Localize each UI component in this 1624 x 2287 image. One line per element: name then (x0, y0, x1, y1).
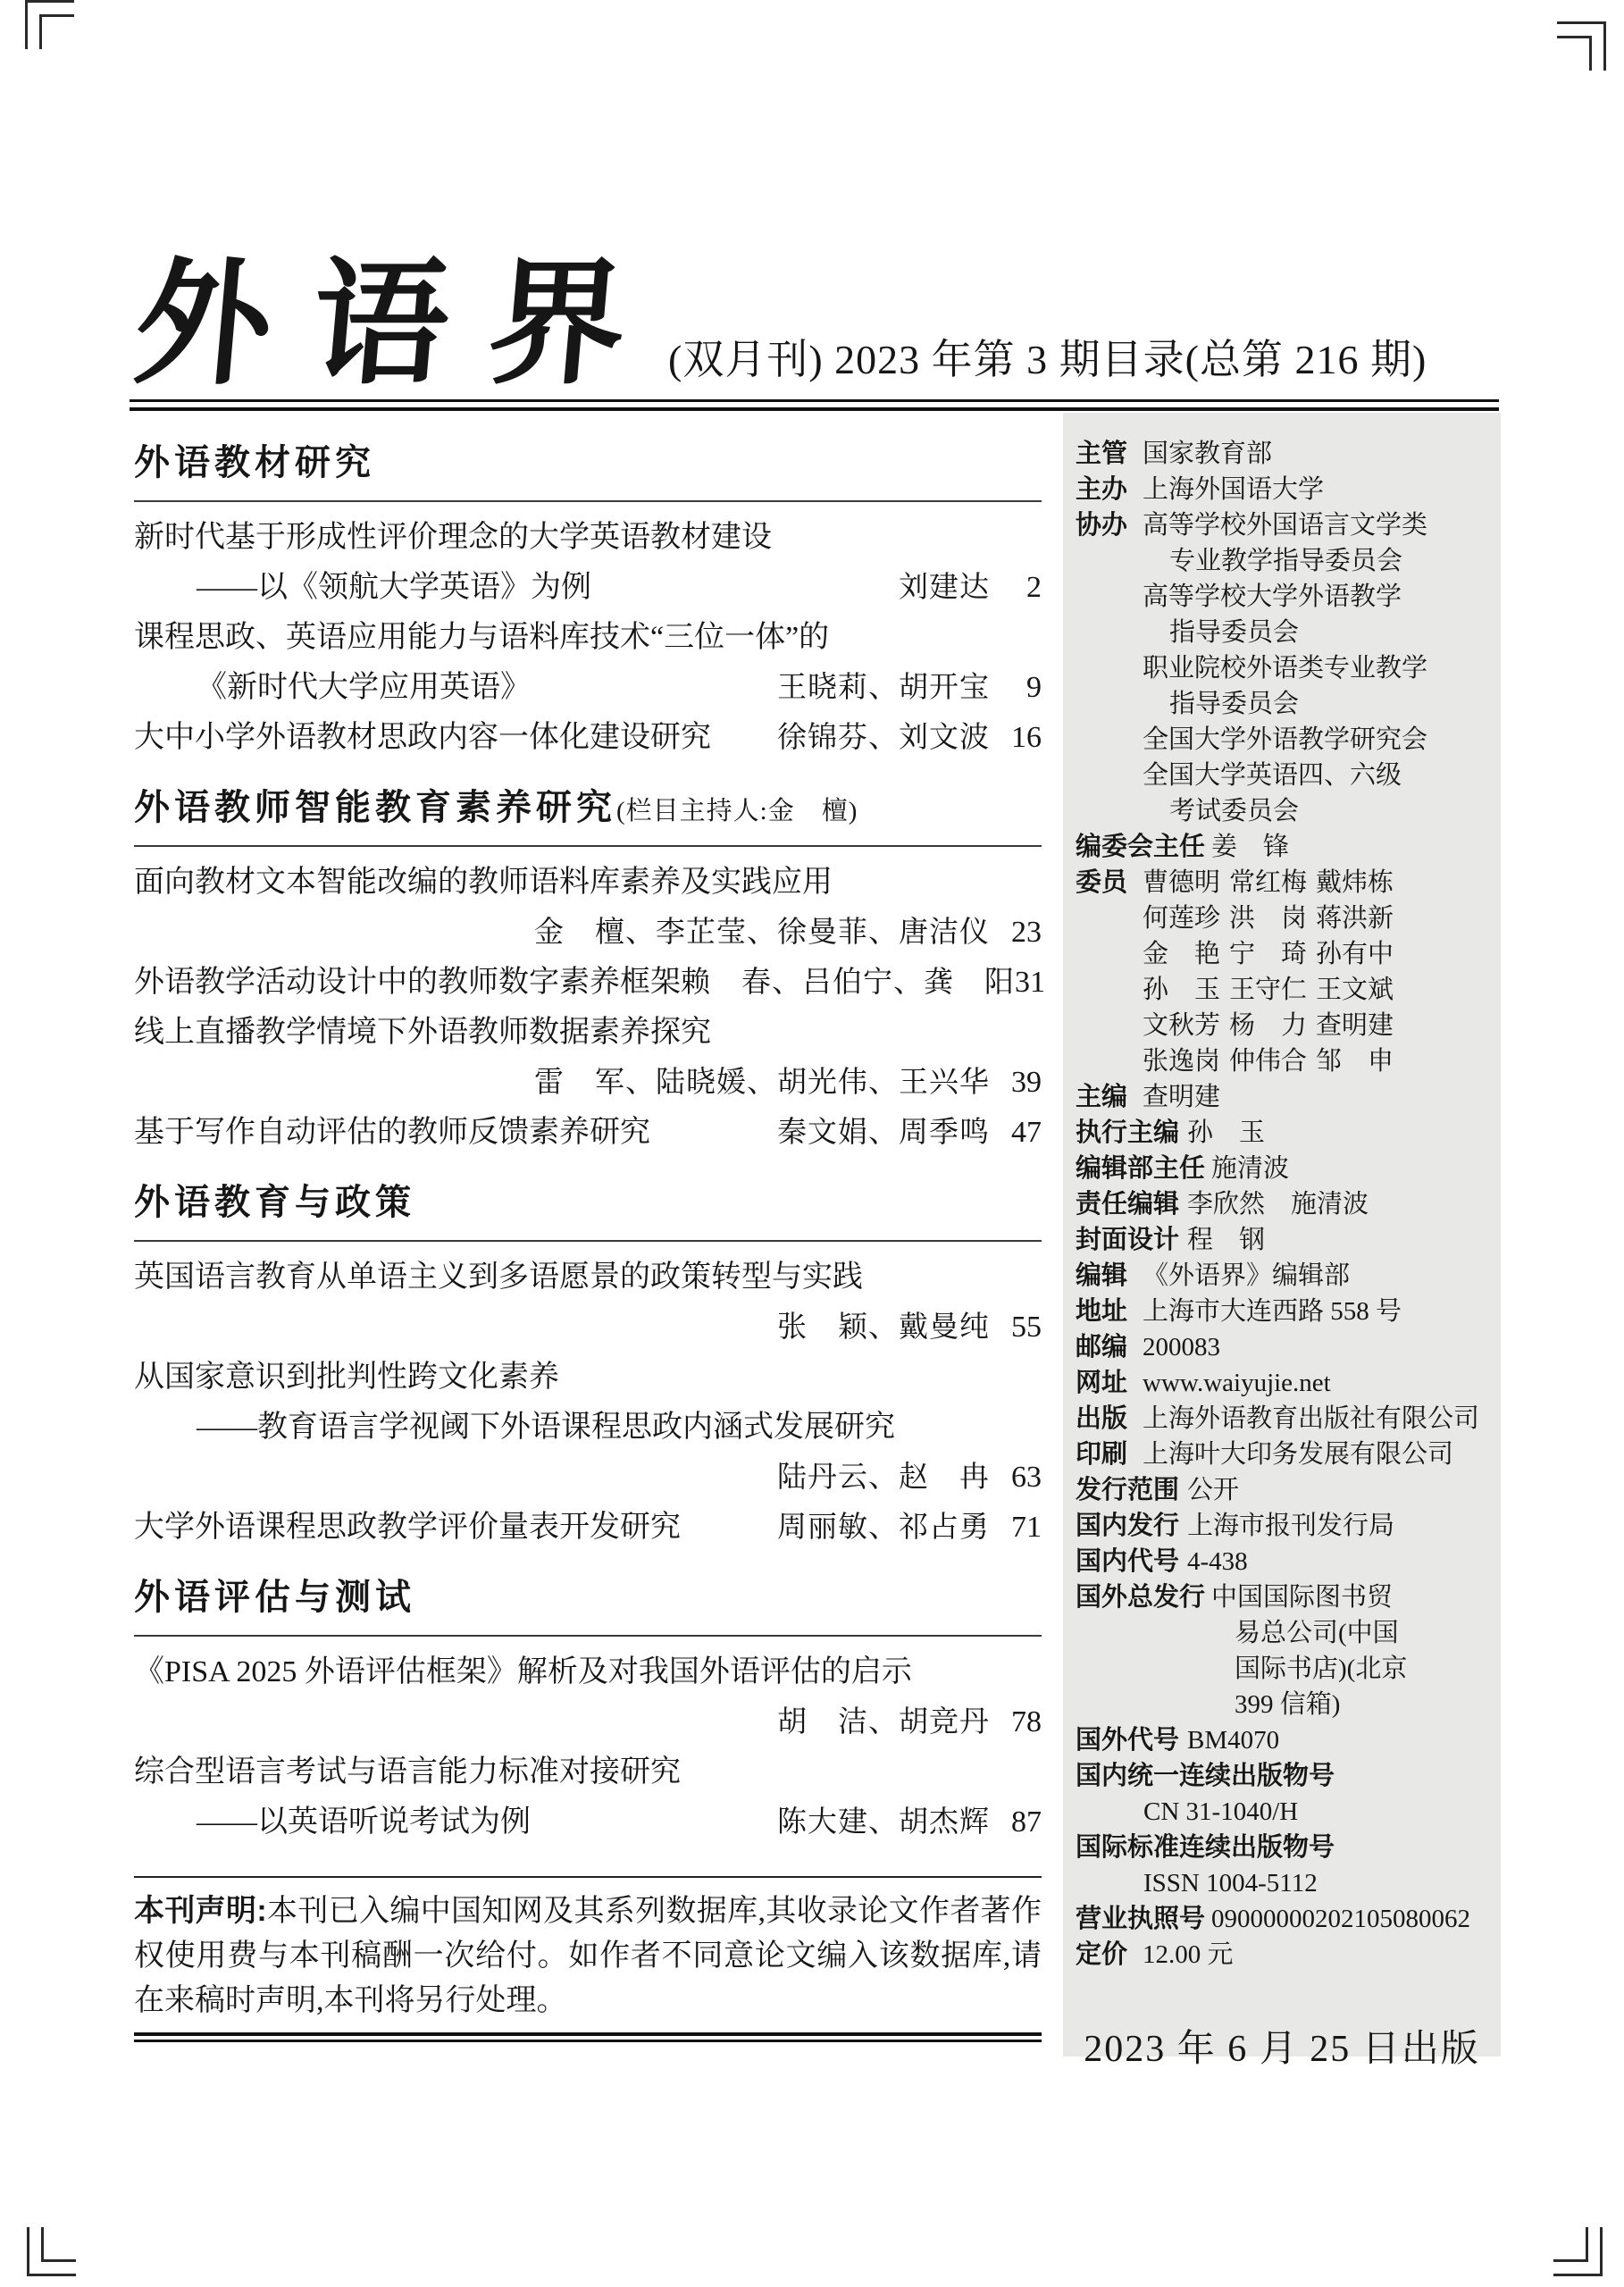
info-value: 高等学校外国语言文学类 (1143, 507, 1427, 543)
article-title: 外语教学活动设计中的教师数字素养框架 (134, 958, 681, 1008)
article-authors: 王晓莉、胡开宝 (777, 663, 990, 713)
info-label: 国外总发行 (1076, 1579, 1211, 1615)
member-row: 张逸岗仲伟合邹 申 (1143, 1043, 1394, 1079)
article-authors: 徐锦芬、刘文波 (777, 713, 990, 763)
info-row-editorial-office-director: 编辑部主任施清波 (1076, 1151, 1488, 1186)
info-row-issn-number: 国际标准连续出版物号 ISSN 1004-5112 (1076, 1830, 1488, 1901)
info-row-domestic-distribution: 国内发行上海市报刊发行局 (1076, 1508, 1488, 1544)
article-row: 金 檀、李芷莹、徐曼菲、唐洁仪23 (134, 908, 1042, 958)
article-page-number: 47 (990, 1108, 1042, 1158)
section-title-text: 外语评估与测试 (134, 1578, 415, 1617)
info-value: 09000000202105080062 (1211, 1901, 1470, 1937)
article-row: ——以英语听说考试为例陈大建、胡杰辉87 (134, 1797, 1042, 1847)
info-row-supervisor: 主管国家教育部 (1076, 436, 1488, 472)
section-title-text: 外语教育与政策 (134, 1183, 415, 1222)
info-value: 国际书店)(北京 (1211, 1651, 1407, 1687)
crop-mark-bottom-left (27, 2224, 79, 2276)
article-authors: 赖 春、吕伯宁、龚 阳 (681, 958, 1015, 1008)
member-name: 文秋芳 (1143, 1008, 1221, 1043)
info-label: 定价 (1076, 1937, 1143, 1973)
info-label: 国内代号 (1076, 1544, 1187, 1579)
member-name: 仲伟合 (1229, 1043, 1308, 1079)
article-page-number: 31 (1015, 958, 1045, 1008)
publish-date: 2023 年 6 月 25 日出版 (1076, 2019, 1488, 2073)
info-value: 考试委员会 (1143, 793, 1427, 829)
article-title: 基于写作自动评估的教师反馈素养研究 (134, 1108, 777, 1158)
section-note: (栏目主持人:金 檀) (616, 797, 858, 825)
info-label: 网址 (1076, 1365, 1143, 1401)
info-value: 上海叶大印务发展有限公司 (1143, 1437, 1453, 1472)
section-teacher-ai-literacy: 外语教师智能教育素养研究(栏目主持人:金 檀) 面向教材文本智能改编的教师语料库… (134, 786, 1042, 1158)
article-page-number: 55 (990, 1303, 1042, 1353)
article-row: 线上直播教学情境下外语教师数据素养探究 (134, 1008, 1042, 1058)
info-value: 中国国际图书贸 (1211, 1579, 1407, 1615)
article-row: 大中小学外语教材思政内容一体化建设研究徐锦芬、刘文波16 (134, 713, 1042, 763)
article-row: 雷 军、陆晓媛、胡光伟、王兴华39 (134, 1058, 1042, 1108)
info-label: 责任编辑 (1076, 1186, 1187, 1222)
info-label: 国外代号 (1076, 1722, 1187, 1758)
article-page-number: 71 (990, 1503, 1042, 1553)
section-title: 外语教师智能教育素养研究(栏目主持人:金 檀) (134, 786, 1042, 833)
article-title: 新时代基于形成性评价理念的大学英语教材建设 (134, 513, 990, 563)
info-row-business-license: 营业执照号09000000202105080062 (1076, 1901, 1488, 1937)
member-name: 金 艳 (1143, 936, 1221, 972)
article-row: ——以《领航大学英语》为例刘建达2 (134, 563, 1042, 613)
toc-column: 外语教材研究 新时代基于形成性评价理念的大学英语教材建设 ——以《领航大学英语》… (134, 427, 1042, 2042)
member-row: 金 艳宁 琦孙有中 (1143, 936, 1394, 972)
overseas-distributor-lines: 中国国际图书贸 易总公司(中国 国际书店)(北京 399 信箱) (1211, 1579, 1407, 1722)
info-label: 委员 (1076, 865, 1143, 901)
section-title-text: 外语教师智能教育素养研究 (134, 788, 616, 827)
info-row-cover-design: 封面设计程 钢 (1076, 1222, 1488, 1258)
info-row-distribution-scope: 发行范围公开 (1076, 1472, 1488, 1508)
member-name: 洪 岗 (1229, 901, 1308, 936)
section-assessment-testing: 外语评估与测试 《PISA 2025 外语评估框架》解析及对我国外语评估的启示 … (134, 1576, 1042, 1847)
info-value: 国家教育部 (1143, 436, 1272, 472)
article-page-number: 23 (990, 908, 1042, 958)
article-authors: 雷 军、陆晓媛、胡光伟、王兴华 (534, 1058, 990, 1108)
info-value: 易总公司(中国 (1211, 1615, 1407, 1651)
info-label: 主办 (1076, 472, 1143, 507)
info-row-co-organizers: 协办 高等学校外国语言文学类 专业教学指导委员会 高等学校大学外语教学 指导委员… (1076, 507, 1488, 829)
info-row-overseas-code: 国外代号BM4070 (1076, 1722, 1488, 1758)
info-label: 编委会主任 (1076, 829, 1211, 865)
article-row: 新时代基于形成性评价理念的大学英语教材建设 (134, 513, 1042, 563)
article-page-number: 78 (990, 1697, 1042, 1747)
article-authors: 秦文娟、周季鸣 (777, 1108, 990, 1158)
article-row: 《PISA 2025 外语评估框架》解析及对我国外语评估的启示 (134, 1647, 1042, 1697)
member-row: 孙 玉王守仁王文斌 (1143, 972, 1394, 1008)
info-row-publisher: 出版上海外语教育出版社有限公司 (1076, 1401, 1488, 1437)
info-label: 营业执照号 (1076, 1901, 1211, 1937)
cn-number: CN 31-1040/H (1076, 1794, 1488, 1830)
info-row-postcode: 邮编200083 (1076, 1329, 1488, 1365)
journal-notice: 本刊声明:本刊已入编中国知网及其系列数据库,其收录论文作者著作权使用费与本刊稿酬… (134, 1889, 1042, 2023)
member-name: 王守仁 (1229, 972, 1308, 1008)
section-title: 外语教材研究 (134, 441, 1042, 488)
article-title: ——以《领航大学英语》为例 (134, 563, 899, 613)
article-page-number: 39 (990, 1058, 1042, 1108)
info-label: 编辑部主任 (1076, 1151, 1211, 1186)
info-label: 执行主编 (1076, 1115, 1187, 1151)
info-label: 地址 (1076, 1294, 1143, 1329)
info-row-editor: 编辑《外语界》编辑部 (1076, 1258, 1488, 1294)
info-row-price: 定价12.00 元 (1076, 1937, 1488, 1973)
article-row: 基于写作自动评估的教师反馈素养研究秦文娟、周季鸣47 (134, 1108, 1042, 1158)
info-value: 上海市报刊发行局 (1187, 1508, 1394, 1544)
info-label: 印刷 (1076, 1437, 1143, 1472)
member-row: 曹德明常红梅戴炜栋 (1143, 865, 1394, 901)
member-name: 邹 申 (1316, 1043, 1394, 1079)
info-value: 公开 (1187, 1472, 1239, 1508)
info-value: 4-438 (1187, 1544, 1248, 1579)
crop-mark-bottom-right (1551, 2224, 1603, 2276)
info-value: 指导委员会 (1143, 615, 1427, 650)
member-name: 杨 力 (1229, 1008, 1308, 1043)
info-label: 国内发行 (1076, 1508, 1187, 1544)
article-authors: 胡 洁、胡竞丹 (777, 1697, 990, 1747)
article-authors: 刘建达 (899, 563, 990, 613)
info-label: 邮编 (1076, 1329, 1143, 1365)
article-title: ——教育语言学视阈下外语课程思政内涵式发展研究 (134, 1403, 990, 1453)
member-row: 文秋芳杨 力查明建 (1143, 1008, 1394, 1043)
article-title: 面向教材文本智能改编的教师语料库素养及实践应用 (134, 858, 990, 908)
info-panel: 主管国家教育部 主办上海外国语大学 协办 高等学校外国语言文学类 专业教学指导委… (1063, 413, 1501, 2057)
info-row-website: 网址www.waiyujie.net (1076, 1365, 1488, 1401)
info-value: BM4070 (1187, 1722, 1279, 1758)
info-label: 编辑 (1076, 1258, 1143, 1294)
article-page-number: 63 (990, 1453, 1042, 1503)
article-title: 大中小学外语教材思政内容一体化建设研究 (134, 713, 777, 763)
member-name: 张逸岗 (1143, 1043, 1221, 1079)
info-row-chief-editor: 主编查明建 (1076, 1079, 1488, 1115)
info-value: 职业院校外语类专业教学 (1143, 650, 1427, 686)
article-page-number: 16 (990, 713, 1042, 763)
article-title: 《PISA 2025 外语评估框架》解析及对我国外语评估的启示 (134, 1647, 990, 1697)
bottom-rule (134, 2032, 1042, 2042)
member-name: 孙有中 (1316, 936, 1394, 972)
article-title: 大学外语课程思政教学评价量表开发研究 (134, 1503, 777, 1553)
member-name: 戴炜栋 (1316, 865, 1394, 901)
masthead: 外语界 (双月刊) 2023 年第 3 期目录(总第 216 期) (136, 256, 1497, 391)
member-name: 曹德明 (1143, 865, 1221, 901)
section-teaching-materials: 外语教材研究 新时代基于形成性评价理念的大学英语教材建设 ——以《领航大学英语》… (134, 441, 1042, 763)
article-page-number: 2 (990, 563, 1042, 613)
article-authors: 陈大建、胡杰辉 (777, 1797, 990, 1847)
notice-text: 本刊已入编中国知网及其系列数据库,其收录论文作者著作权使用费与本刊稿酬一次给付。… (134, 1895, 1042, 2017)
member-name: 蒋洪新 (1316, 901, 1394, 936)
info-label: 主编 (1076, 1079, 1143, 1115)
notice-rule (134, 1876, 1042, 1878)
info-value: 12.00 元 (1143, 1937, 1234, 1973)
info-label: 国内统一连续出版物号 (1076, 1758, 1488, 1794)
article-authors: 张 颖、戴曼纯 (777, 1303, 990, 1353)
article-row: 课程思政、英语应用能力与语料库技术“三位一体”的 (134, 613, 1042, 663)
article-authors: 周丽敏、祁占勇 (777, 1503, 990, 1553)
info-row-address: 地址上海市大连西路 558 号 (1076, 1294, 1488, 1329)
info-value: 专业教学指导委员会 (1143, 543, 1427, 579)
info-row-printer: 印刷上海叶大印务发展有限公司 (1076, 1437, 1488, 1472)
member-name: 王文斌 (1316, 972, 1394, 1008)
member-name: 何莲珍 (1143, 901, 1221, 936)
info-label: 国际标准连续出版物号 (1076, 1830, 1488, 1865)
notice-label: 本刊声明: (134, 1894, 267, 1928)
member-row: 何莲珍洪 岗蒋洪新 (1143, 901, 1394, 936)
article-title: 《新时代大学应用英语》 (134, 663, 777, 713)
member-name: 查明建 (1316, 1008, 1394, 1043)
article-row: 张 颖、戴曼纯55 (134, 1303, 1042, 1353)
info-value: 200083 (1143, 1329, 1220, 1365)
section-title: 外语评估与测试 (134, 1576, 1042, 1622)
section-title-text: 外语教材研究 (134, 443, 375, 482)
info-value: 全国大学英语四、六级 (1143, 758, 1427, 793)
info-value: 全国大学外语教学研究会 (1143, 722, 1427, 758)
article-title: ——以英语听说考试为例 (134, 1797, 777, 1847)
member-name: 常红梅 (1229, 865, 1308, 901)
website-url: www.waiyujie.net (1143, 1365, 1331, 1401)
member-name: 孙 玉 (1143, 972, 1221, 1008)
info-value: 上海外国语大学 (1143, 472, 1324, 507)
article-page-number: 9 (990, 663, 1042, 713)
article-title: 综合型语言考试与语言能力标准对接研究 (134, 1747, 990, 1797)
info-value: 399 信箱) (1211, 1687, 1407, 1722)
article-title: 从国家意识到批判性跨文化素养 (134, 1353, 990, 1403)
info-value: 姜 锋 (1211, 829, 1289, 865)
article-title: 英国语言教育从单语主义到多语愿景的政策转型与实践 (134, 1252, 990, 1303)
info-row-overseas-distributor: 国外总发行 中国国际图书贸 易总公司(中国 国际书店)(北京 399 信箱) (1076, 1579, 1488, 1722)
article-title: 课程思政、英语应用能力与语料库技术“三位一体”的 (134, 613, 990, 663)
info-value: 《外语界》编辑部 (1143, 1258, 1350, 1294)
info-value: 李欣然 施清波 (1187, 1186, 1369, 1222)
member-name: 宁 琦 (1229, 936, 1308, 972)
issue-subtitle: (双月刊) 2023 年第 3 期目录(总第 216 期) (668, 339, 1427, 391)
article-authors: 陆丹云、赵 冉 (777, 1453, 990, 1503)
article-row: 大学外语课程思政教学评价量表开发研究周丽敏、祁占勇71 (134, 1503, 1042, 1553)
article-row: 面向教材文本智能改编的教师语料库素养及实践应用 (134, 858, 1042, 908)
article-row: 英国语言教育从单语主义到多语愿景的政策转型与实践 (134, 1252, 1042, 1303)
editorial-board-members: 曹德明常红梅戴炜栋 何莲珍洪 岗蒋洪新 金 艳宁 琦孙有中 孙 玉王守仁王文斌 … (1143, 865, 1394, 1079)
article-authors: 金 檀、李芷莹、徐曼菲、唐洁仪 (534, 908, 990, 958)
info-value: 程 钢 (1187, 1222, 1265, 1258)
info-label: 发行范围 (1076, 1472, 1187, 1508)
article-row: 胡 洁、胡竞丹78 (134, 1697, 1042, 1747)
info-value: 上海外语教育出版社有限公司 (1143, 1401, 1479, 1437)
info-value: 孙 玉 (1187, 1115, 1265, 1151)
section-title: 外语教育与政策 (134, 1181, 1042, 1227)
crop-mark-top-left (25, 0, 77, 52)
info-value: 高等学校大学外语教学 (1143, 579, 1427, 615)
info-row-board-members: 委员 曹德明常红梅戴炜栋 何莲珍洪 岗蒋洪新 金 艳宁 琦孙有中 孙 玉王守仁王… (1076, 865, 1488, 1079)
article-row: 从国家意识到批判性跨文化素养 (134, 1353, 1042, 1403)
article-row: 陆丹云、赵 冉63 (134, 1453, 1042, 1503)
info-label: 协办 (1076, 507, 1143, 543)
info-value: 施清波 (1211, 1151, 1289, 1186)
info-row-editorial-board-chair: 编委会主任姜 锋 (1076, 829, 1488, 865)
info-label: 封面设计 (1076, 1222, 1187, 1258)
info-row-sponsor: 主办上海外国语大学 (1076, 472, 1488, 507)
co-organizer-lines: 高等学校外国语言文学类 专业教学指导委员会 高等学校大学外语教学 指导委员会 职… (1143, 507, 1427, 829)
info-row-responsible-editors: 责任编辑李欣然 施清波 (1076, 1186, 1488, 1222)
info-row-cn-number: 国内统一连续出版物号 CN 31-1040/H (1076, 1758, 1488, 1830)
journal-title: 外语界 (130, 256, 672, 391)
article-title: 线上直播教学情境下外语教师数据素养探究 (134, 1008, 990, 1058)
article-row: 《新时代大学应用英语》王晓莉、胡开宝9 (134, 663, 1042, 713)
issn-number: ISSN 1004-5112 (1076, 1865, 1488, 1901)
article-row: ——教育语言学视阈下外语课程思政内涵式发展研究 (134, 1403, 1042, 1453)
info-row-domestic-code: 国内代号4-438 (1076, 1544, 1488, 1579)
article-row: 外语教学活动设计中的教师数字素养框架赖 春、吕伯宁、龚 阳31 (134, 958, 1042, 1008)
info-label: 出版 (1076, 1401, 1143, 1437)
crop-mark-top-right (1554, 21, 1606, 73)
masthead-rule (130, 399, 1499, 411)
info-value: 指导委员会 (1143, 686, 1427, 722)
info-row-executive-editor: 执行主编孙 玉 (1076, 1115, 1488, 1151)
article-row: 综合型语言考试与语言能力标准对接研究 (134, 1747, 1042, 1797)
journal-toc-page: 外语界 (双月刊) 2023 年第 3 期目录(总第 216 期) 外语教材研究… (0, 0, 1624, 2287)
section-education-policy: 外语教育与政策 英国语言教育从单语主义到多语愿景的政策转型与实践 张 颖、戴曼纯… (134, 1181, 1042, 1553)
article-page-number: 87 (990, 1797, 1042, 1847)
info-label: 主管 (1076, 436, 1143, 472)
info-value: 上海市大连西路 558 号 (1143, 1294, 1402, 1329)
info-value: 查明建 (1143, 1079, 1220, 1115)
